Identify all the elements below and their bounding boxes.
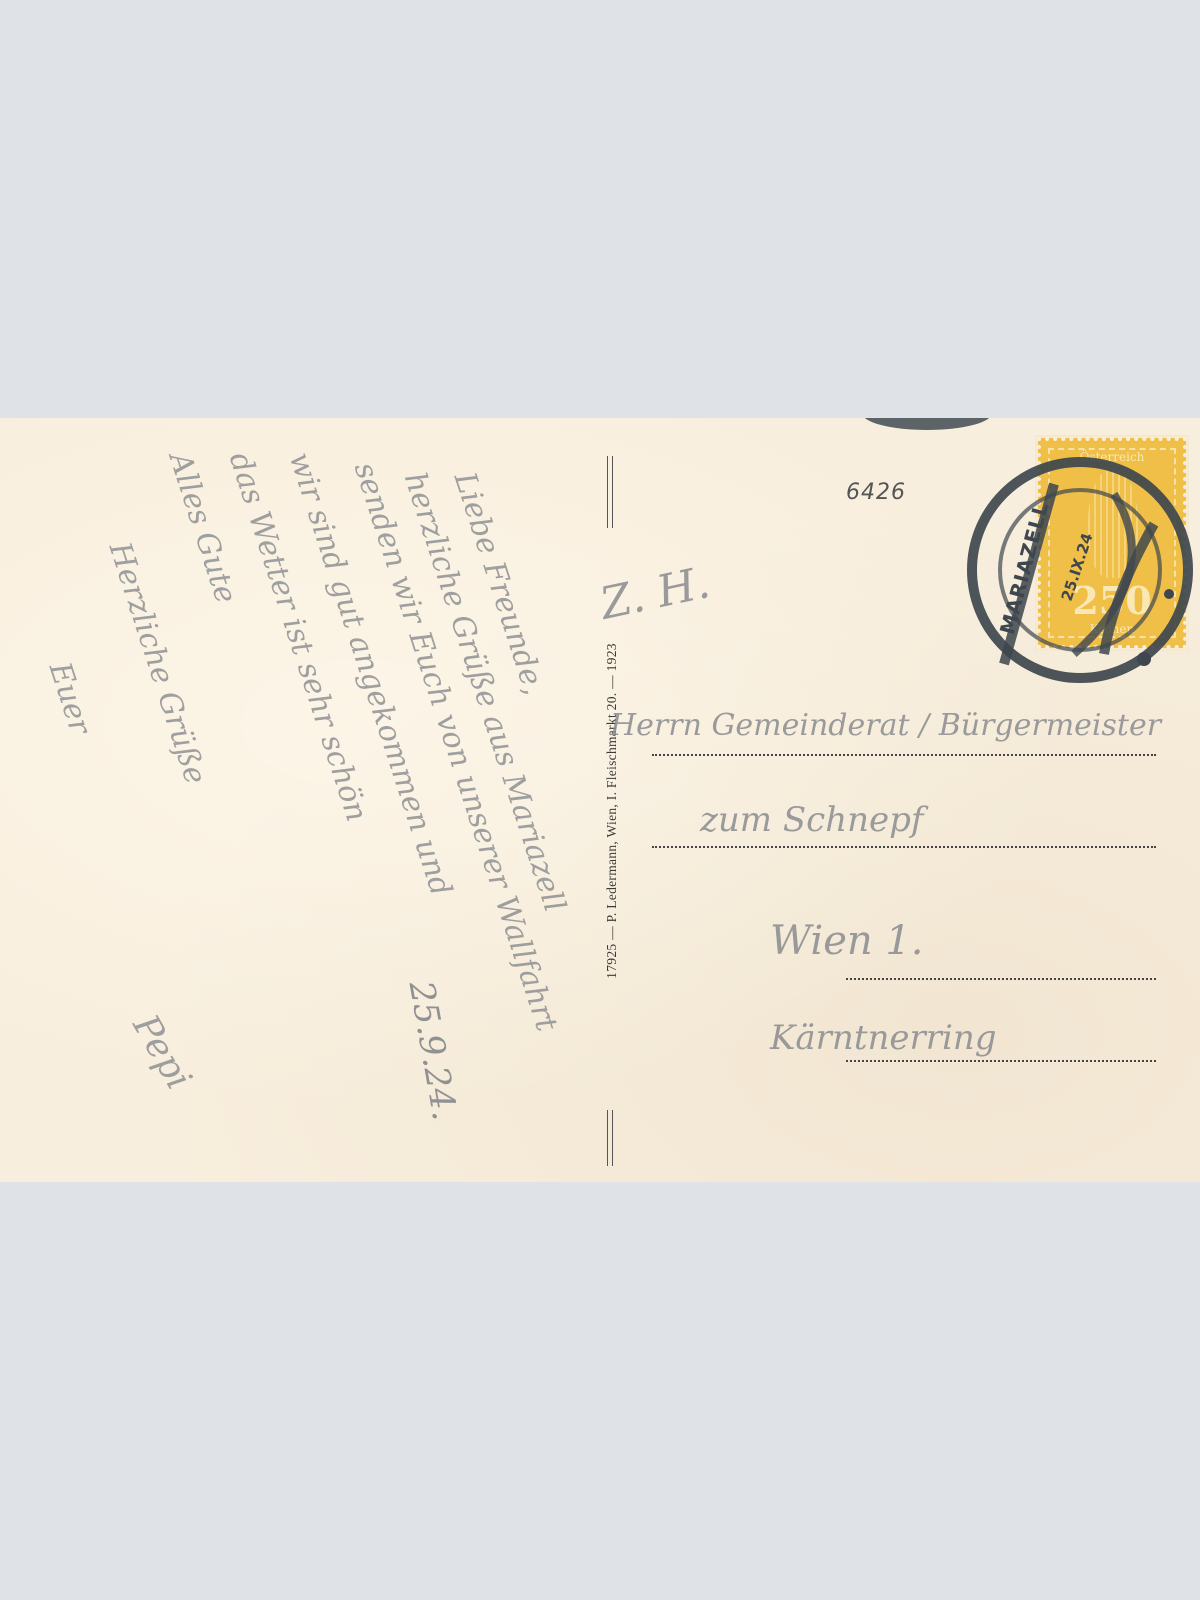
address-line-1: Herrn Gemeinderat / Bürgermeister	[610, 708, 1161, 743]
publisher-line: 17925 — P. Ledermann, Wien, I. Fleischma…	[604, 643, 620, 979]
address-line-2: zum Schnepf	[700, 800, 923, 840]
message-line: Herzliche Grüße	[102, 538, 213, 789]
address-rule-4	[846, 1060, 1156, 1062]
divider-rule-top	[607, 456, 613, 528]
message-block: Liebe Freunde, herzliche Grüße aus Maria…	[10, 428, 530, 1168]
address-rule-3	[846, 978, 1156, 980]
address-rule-1	[652, 754, 1156, 756]
postcard: 25.9.24. Liebe Freunde, herzliche Grüße …	[0, 418, 1200, 1182]
address-line-4: Kärntnerring	[770, 1018, 997, 1058]
archive-number: 6426	[846, 480, 906, 505]
address-rule-2	[652, 846, 1156, 848]
divider-rule-bottom	[607, 1110, 613, 1166]
center-divider: 17925 — P. Ledermann, Wien, I. Fleischma…	[600, 456, 624, 1166]
address-line-3: Wien 1.	[770, 918, 924, 964]
postmark: MARIAZELL 25.IX.24	[964, 454, 1196, 686]
ink-stain	[862, 418, 992, 430]
message-line: Euer	[42, 658, 98, 739]
message-signature: Pepi	[124, 1008, 199, 1096]
